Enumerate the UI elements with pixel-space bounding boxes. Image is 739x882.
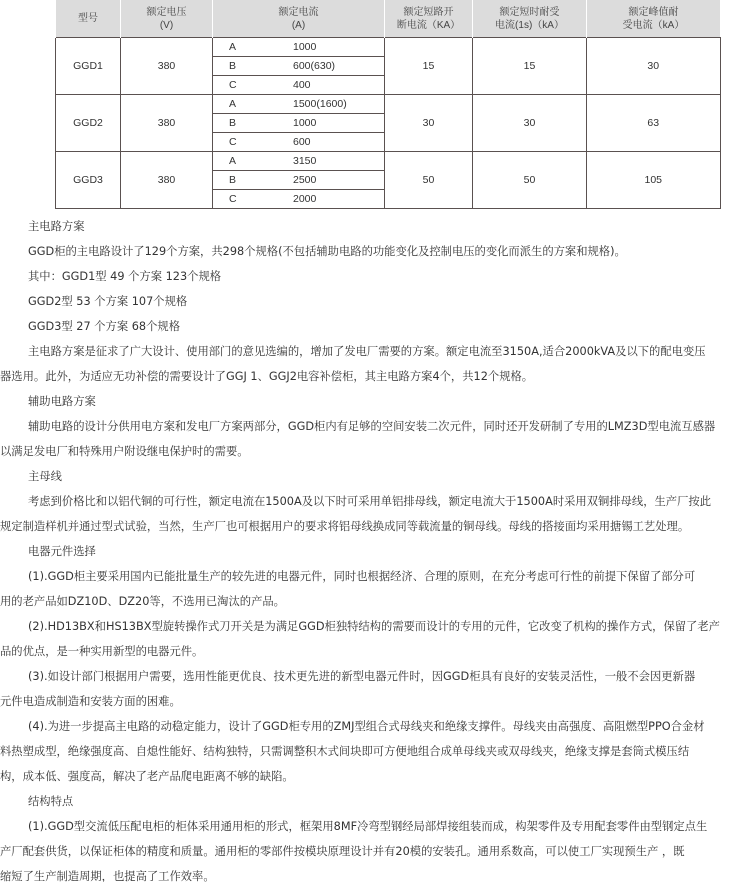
paragraph: GGD3型 27 个方案 68个规格 [0, 314, 739, 339]
paragraph: 构，成本低、强度高，解决了老产品爬电距离不够的缺陷。 [0, 764, 739, 789]
table-row: GGD3 380 A3150 50 50 105 [56, 152, 721, 171]
short-time-cell: 50 [473, 152, 587, 209]
voltage-cell: 380 [121, 38, 213, 95]
current-cell: B2500 [213, 171, 385, 190]
grade-label: B [213, 117, 293, 129]
current-value: 600(630) [293, 60, 384, 72]
header-text: 电流(1s)（kA） [473, 19, 586, 32]
current-cell: A3150 [213, 152, 385, 171]
table-header-row: 型号 额定电压(V) 额定电流(A) 额定短路开断电流（KA） 额定短时耐受电流… [56, 0, 721, 38]
paragraph: 主电路方案是征求了广大设计、使用部门的意见选编的，增加了发电厂需要的方案。额定电… [0, 339, 739, 364]
current-value: 400 [293, 79, 384, 91]
table-row: GGD2 380 A1500(1600) 30 30 63 [56, 95, 721, 114]
header-text: (A) [213, 19, 384, 32]
model-cell: GGD3 [56, 152, 121, 209]
header-text: 额定短时耐受 [473, 6, 586, 19]
header-breaking: 额定短路开断电流（KA） [385, 0, 473, 38]
paragraph: 器选用。此外，为适应无功补偿的需要设计了GGJ 1、GGJ2电容补偿柜，其主电路… [0, 364, 739, 389]
current-cell: C400 [213, 76, 385, 95]
current-cell: C2000 [213, 190, 385, 209]
paragraph: 其中：GGD1型 49 个方案 123个规格 [0, 264, 739, 289]
header-peak: 额定峰值耐受电流（kA） [587, 0, 721, 38]
current-cell: A1500(1600) [213, 95, 385, 114]
peak-cell: 63 [587, 95, 721, 152]
section-heading-main-circuit: 主电路方案 [0, 214, 739, 239]
paragraph: (4).为进一步提高主电路的动稳定能力，设计了GGD柜专用的ZMJ型组合式母线夹… [0, 714, 739, 739]
paragraph: GGD2型 53 个方案 107个规格 [0, 289, 739, 314]
current-value: 2500 [293, 174, 384, 186]
paragraph: 产厂配套供货，以保证柜体的精度和质量。通用柜的零部件按模块原理设计并有20模的安… [0, 839, 739, 864]
paragraph: GGD柜的主电路设计了129个方案，共298个规格(不包括辅助电路的功能变化及控… [0, 239, 739, 264]
table-row: GGD1 380 A1000 15 15 30 [56, 38, 721, 57]
short-time-cell: 15 [473, 38, 587, 95]
voltage-cell: 380 [121, 95, 213, 152]
header-text: 额定电流 [213, 6, 384, 19]
paragraph: 品的优点，是一种实用新型的电器元件。 [0, 639, 739, 664]
paragraph: 用的老产品如DZ10D、DZ20等，不选用已淘汰的产品。 [0, 589, 739, 614]
current-cell: C600 [213, 133, 385, 152]
section-heading-busbar: 主母线 [0, 464, 739, 489]
header-text: 额定短路开 [385, 6, 472, 19]
current-value: 1500(1600) [293, 98, 384, 110]
section-heading-structure: 结构特点 [0, 789, 739, 814]
section-heading-components: 电器元件选择 [0, 539, 739, 564]
paragraph: 辅助电路的设计分供用电方案和发电厂方案两部分，GGD柜内有足够的空间安装二次元件… [0, 414, 739, 439]
short-time-cell: 30 [473, 95, 587, 152]
model-cell: GGD2 [56, 95, 121, 152]
header-text: 受电流（kA） [587, 19, 720, 32]
header-text: (V) [121, 19, 212, 32]
section-heading-aux-circuit: 辅助电路方案 [0, 389, 739, 414]
header-text: 断电流（KA） [385, 19, 472, 32]
article-body: 主电路方案 GGD柜的主电路设计了129个方案，共298个规格(不包括辅助电路的… [0, 214, 739, 882]
header-text: 额定电压 [121, 6, 212, 19]
peak-cell: 105 [587, 152, 721, 209]
header-text: 额定峰值耐 [587, 6, 720, 19]
current-value: 2000 [293, 193, 384, 205]
paragraph: 料热塑成型，绝缘强度高、自熄性能好、结构独特，只需调整积木式间块即可方便地组合成… [0, 739, 739, 764]
current-value: 1000 [293, 41, 384, 53]
header-voltage: 额定电压(V) [121, 0, 213, 38]
paragraph: (2).HD13BX和HS13BX型旋转操作式刀开关是为满足GGD柜独特结构的需… [0, 614, 739, 639]
grade-label: C [213, 136, 293, 148]
paragraph: 以满足发电厂和特殊用户附设继电保护时的需要。 [0, 439, 739, 464]
paragraph: 规定制造样机并通过型式试验，当然，生产厂也可根据用户的要求将铝母线换成同等载流量… [0, 514, 739, 539]
paragraph: 缩短了生产制造周期，也提高了工作效率。 [0, 864, 739, 882]
grade-label: A [213, 98, 293, 110]
paragraph: (1).GGD型交流低压配电柜的柜体采用通用柜的形式，框架用8MF冷弯型钢经局部… [0, 814, 739, 839]
grade-label: A [213, 41, 293, 53]
header-model: 型号 [56, 0, 121, 38]
breaking-cell: 50 [385, 152, 473, 209]
peak-cell: 30 [587, 38, 721, 95]
current-value: 600 [293, 136, 384, 148]
spec-table: 型号 额定电压(V) 额定电流(A) 额定短路开断电流（KA） 额定短时耐受电流… [55, 0, 721, 209]
paragraph: 元件电造成制造和安装方面的困难。 [0, 689, 739, 714]
current-cell: A1000 [213, 38, 385, 57]
model-cell: GGD1 [56, 38, 121, 95]
current-cell: B600(630) [213, 57, 385, 76]
voltage-cell: 380 [121, 152, 213, 209]
header-short-time: 额定短时耐受电流(1s)（kA） [473, 0, 587, 38]
header-text: 型号 [56, 12, 120, 25]
grade-label: C [213, 79, 293, 91]
breaking-cell: 15 [385, 38, 473, 95]
current-value: 1000 [293, 117, 384, 129]
grade-label: B [213, 60, 293, 72]
paragraph: (3).如设计部门根据用户需要，选用性能更优良、技术更先进的新型电器元件时，因G… [0, 664, 739, 689]
header-current: 额定电流(A) [213, 0, 385, 38]
grade-label: A [213, 155, 293, 167]
current-cell: B1000 [213, 114, 385, 133]
current-value: 3150 [293, 155, 384, 167]
breaking-cell: 30 [385, 95, 473, 152]
paragraph: 考虑到价格比和以铝代铜的可行性，额定电流在1500A及以下时可采用单铝排母线，额… [0, 489, 739, 514]
paragraph: (1).GGD柜主要采用国内已能批量生产的较先进的电器元件，同时也根据经济、合理… [0, 564, 739, 589]
grade-label: C [213, 193, 293, 205]
grade-label: B [213, 174, 293, 186]
